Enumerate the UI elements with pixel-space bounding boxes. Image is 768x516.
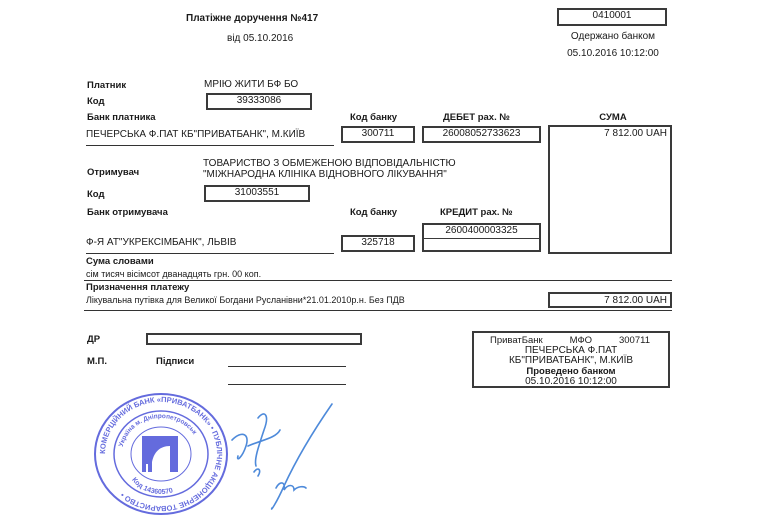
- recipient-bank-code-box: 325718: [341, 235, 415, 252]
- form-code-box: 0410001: [557, 8, 667, 26]
- payer-label: Платник: [87, 80, 126, 91]
- recipient-name-line2: "МІЖНАРОДНА КЛІНІКА ВІДНОВНОГО ЛІКУВАННЯ…: [203, 169, 456, 180]
- payer-name: МРІЮ ЖИТИ БФ БО: [204, 79, 298, 90]
- payer-bank-underline: [86, 145, 334, 146]
- recipient-bank-name: Ф-Я АТ"УКРЕКСІМБАНК", ЛЬВІВ: [86, 237, 236, 248]
- payer-bank-name: ПЕЧЕРСЬКА Ф.ПАТ КБ"ПРИВАТБАНК", М.КИЇВ: [86, 129, 305, 140]
- purpose-sum-value: 7 812.00 UAH: [550, 294, 670, 307]
- received-label: Одержано банком: [545, 31, 681, 42]
- received-datetime: 05.10.2016 10:12:00: [545, 48, 681, 59]
- credit-account-box: 2600400003325: [422, 223, 541, 252]
- recipient-bank-underline: [86, 253, 334, 254]
- recipient-bank-code-label: Код банку: [350, 207, 397, 218]
- amount-words-value: сім тисяч вісімсот дванадцять грн. 00 ко…: [86, 269, 261, 279]
- sum-value: 7 812.00 UAH: [550, 127, 670, 139]
- dr-label: ДР: [87, 334, 100, 345]
- credit-label: КРЕДИТ рах. №: [440, 207, 513, 218]
- debit-account-box: 26008052733623: [422, 126, 541, 143]
- amount-words-divider: [84, 280, 672, 281]
- purpose-label: Призначення платежу: [86, 282, 189, 293]
- payer-code-label: Код: [87, 96, 105, 107]
- document-date: від 05.10.2016: [227, 33, 293, 44]
- document-title: Платіжне доручення №417: [186, 13, 318, 24]
- recipient-name: ТОВАРИСТВО З ОБМЕЖЕНОЮ ВІДПОВІДАЛЬНІСТЮ …: [203, 158, 456, 180]
- purpose-value: Лікувальна путівка для Великої Богдани Р…: [86, 295, 405, 305]
- signatures-label: Підписи: [156, 356, 194, 367]
- stamp-branch-line2: КБ"ПРИВАТБАНК", М.КИЇВ: [474, 356, 668, 366]
- mp-label: М.П.: [87, 356, 107, 367]
- amount-words-label: Сума словами: [86, 256, 154, 267]
- stamp-mfo: 300711: [619, 335, 650, 346]
- sum-box: 7 812.00 UAH: [548, 125, 672, 254]
- signature-line-2: [228, 384, 346, 385]
- purpose-sum-box: 7 812.00 UAH: [548, 292, 672, 308]
- purpose-divider: [84, 310, 672, 311]
- payer-bank-code-label: Код банку: [350, 112, 397, 123]
- debit-label: ДЕБЕТ рах. №: [443, 112, 510, 123]
- payer-code: 39333086: [237, 95, 282, 106]
- recipient-code-box: 31003551: [204, 185, 310, 202]
- recipient-code: 31003551: [235, 187, 280, 198]
- recipient-bank-code: 325718: [361, 237, 394, 248]
- payer-bank-label: Банк платника: [87, 112, 156, 123]
- stamp-processed-datetime: 05.10.2016 10:12:00: [474, 377, 668, 387]
- bank-processed-stamp: ПриватБанк МФО 300711 ПЕЧЕРСЬКА Ф.ПАТ КБ…: [472, 331, 670, 388]
- payer-bank-code: 300711: [362, 128, 395, 139]
- recipient-label: Отримувач: [87, 167, 139, 178]
- recipient-name-line1: ТОВАРИСТВО З ОБМЕЖЕНОЮ ВІДПОВІДАЛЬНІСТЮ: [203, 158, 456, 169]
- form-code: 0410001: [593, 10, 632, 21]
- sum-label: СУМА: [560, 112, 666, 123]
- credit-account: 2600400003325: [424, 225, 539, 239]
- debit-account: 26008052733623: [443, 128, 521, 139]
- payer-bank-code-box: 300711: [341, 126, 415, 143]
- signature-line-1: [228, 366, 346, 367]
- dr-field: [146, 333, 362, 345]
- recipient-bank-label: Банк отримувача: [87, 207, 168, 218]
- recipient-code-label: Код: [87, 189, 105, 200]
- handwritten-signature-icon: [228, 400, 338, 516]
- bank-seal-icon: КОМЕРЦІЙНИЙ БАНК «ПРИВАТБАНК» • ПУБЛІЧНЕ…: [92, 392, 230, 516]
- payer-code-box: 39333086: [206, 93, 312, 110]
